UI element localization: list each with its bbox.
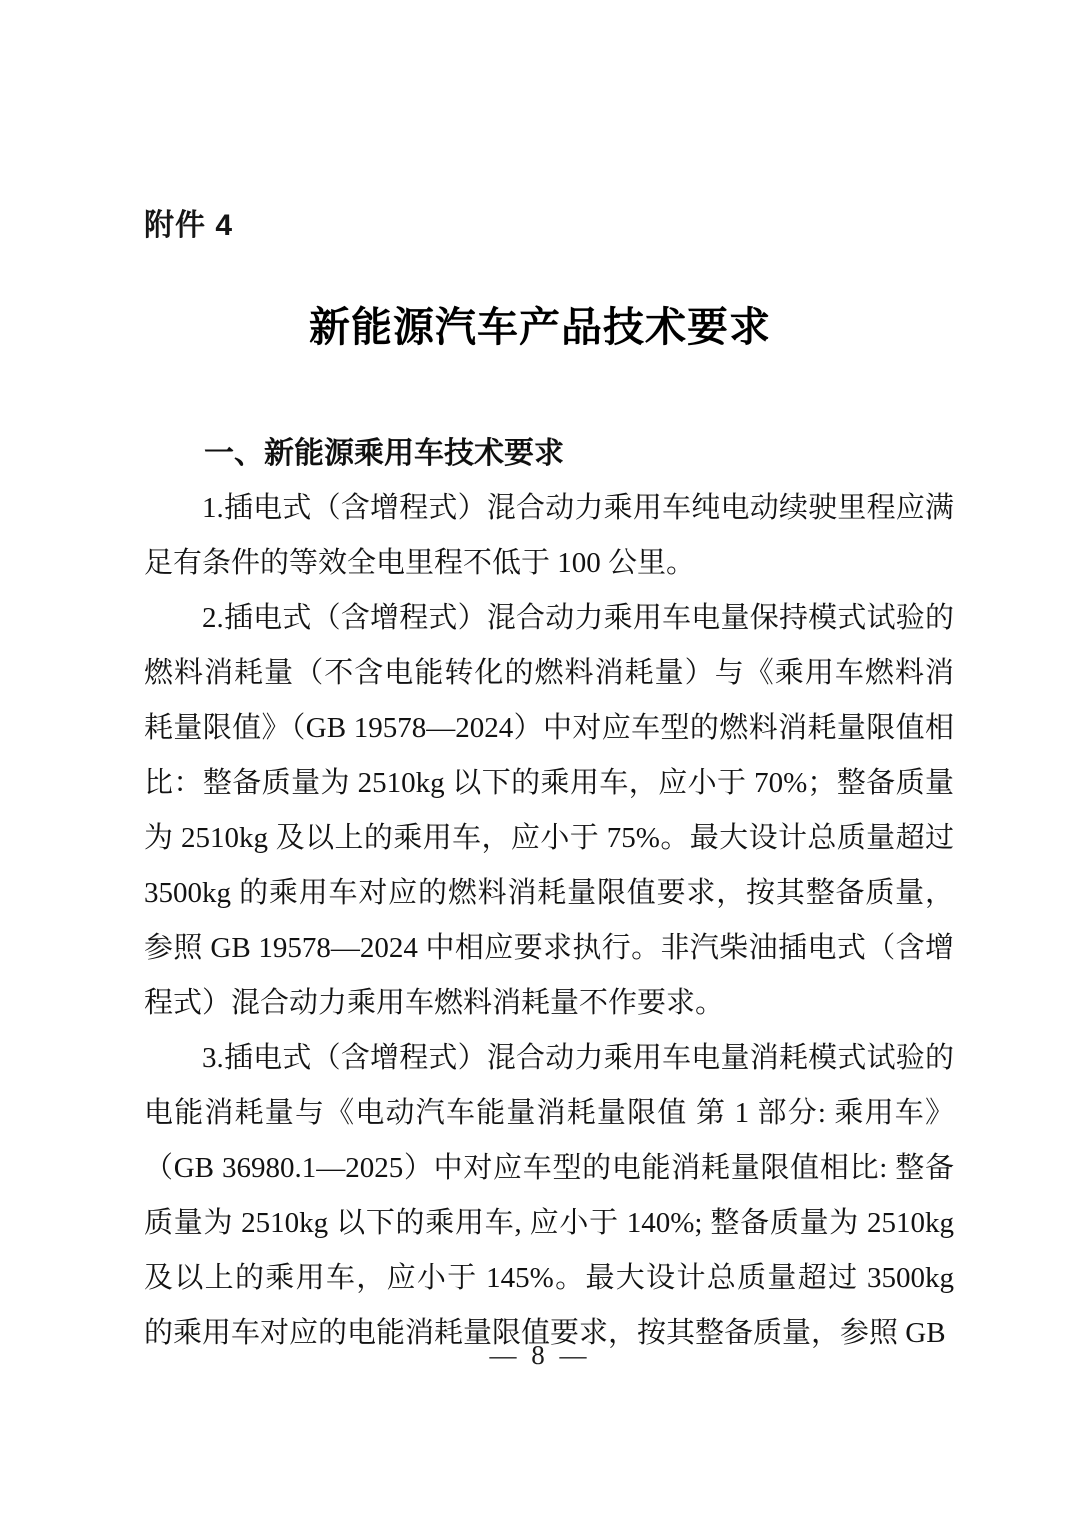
- document-title: 新能源汽车产品技术要求: [0, 294, 1080, 353]
- section-heading: 一、新能源乘用车技术要求: [144, 426, 954, 481]
- paragraph-pure-electric-range: 1.插电式（含增程式）混合动力乘用车纯电动续驶里程应满足有条件的等效全电里程不低…: [144, 481, 954, 591]
- page-number: — 8 —: [0, 1340, 1080, 1371]
- paragraph-fuel-consumption: 2.插电式（含增程式）混合动力乘用车电量保持模式试验的燃料消耗量（不含电能转化的…: [144, 591, 954, 1031]
- paragraph-electric-energy-consumption: 3.插电式（含增程式）混合动力乘用车电量消耗模式试验的电能消耗量与《电动汽车能量…: [144, 1031, 954, 1361]
- document-page: 附件 4 新能源汽车产品技术要求 一、新能源乘用车技术要求 1.插电式（含增程式…: [0, 0, 1080, 1527]
- document-body: 一、新能源乘用车技术要求 1.插电式（含增程式）混合动力乘用车纯电动续驶里程应满…: [144, 426, 954, 1361]
- attachment-label: 附件 4: [144, 200, 233, 244]
